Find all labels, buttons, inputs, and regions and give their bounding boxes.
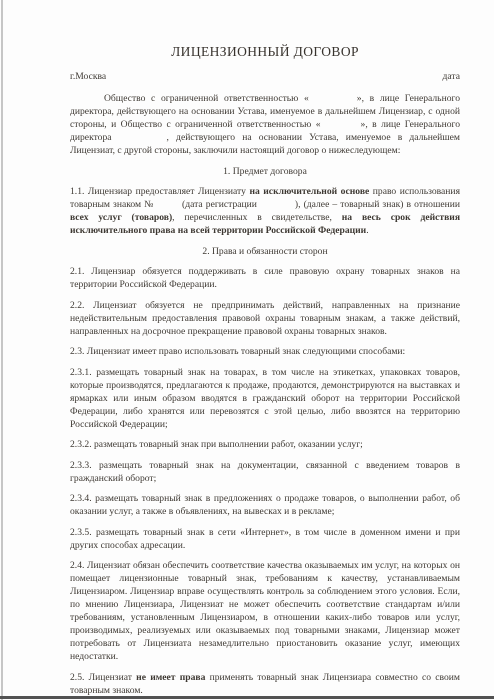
blank-fill-space (154, 206, 182, 207)
text-run: 1.1. Лицензиар предоставляет Лицензиату (70, 186, 249, 197)
text-run: Общество с ограниченной ответственностью… (104, 93, 309, 104)
text-run: на исключительной основе (249, 186, 369, 197)
blank-fill-space (257, 206, 295, 207)
meta-row: г.Москва дата (70, 70, 460, 83)
blank-fill-space (112, 139, 167, 140)
text-run: 2.3.5. размещать товарный знак в сети «И… (70, 527, 460, 551)
clause-paragraph: 1.1. Лицензиар предоставляет Лицензиату … (70, 185, 460, 237)
clause-paragraph: 2.3.2. размещать товарный знак при выпол… (70, 438, 460, 451)
text-run: 2.3. Лицензиат имеет право использовать … (70, 346, 405, 357)
document-content: ЛИЦЕНЗИОННЫЙ ДОГОВОР г.Москва дата Общес… (70, 44, 460, 700)
clause-paragraph: 2.2. Лицензиат обязуется не предпринимат… (70, 299, 460, 338)
text-run: 2.5. Лицензиат (70, 672, 136, 683)
clause-paragraph: 2.3.5. размещать товарный знак в сети «И… (70, 526, 460, 552)
text-run: 2. Права и обязанности сторон (202, 246, 327, 257)
clause-paragraph: 2.1. Лицензиар обязуется поддерживать в … (70, 265, 460, 291)
text-run: 2.1. Лицензиар обязуется поддерживать в … (70, 266, 460, 290)
blank-fill-space (321, 126, 361, 127)
page-left-edge-line (1, 0, 3, 700)
document-body: Общество с ограниченной ответственностью… (70, 92, 460, 697)
clause-paragraph: 2.3.3. размещать товарный знак на докуме… (70, 459, 460, 485)
text-run: ), (далее – товарный знак) в отношении (295, 199, 460, 210)
clause-paragraph: Общество с ограниченной ответственностью… (70, 92, 460, 157)
text-run: 2.3.4. размещать товарный знак в предлож… (70, 493, 460, 517)
text-run: . (366, 225, 368, 236)
text-run: 1. Предмет договора (223, 166, 307, 177)
text-run: всех услуг (товаров) (70, 212, 172, 223)
text-run: 2.3.2. размещать товарный знак при выпол… (70, 439, 363, 450)
text-run: 2.3.3. размещать товарный знак на докуме… (70, 460, 460, 484)
date-label: дата (443, 70, 460, 83)
document-title: ЛИЦЕНЗИОННЫЙ ДОГОВОР (70, 44, 460, 60)
clause-paragraph: 2.4. Лицензиат обязан обеспечить соответ… (70, 559, 460, 663)
section-heading: 2. Права и обязанности сторон (70, 245, 460, 258)
blank-fill-space (309, 100, 357, 101)
clause-paragraph: 2.3. Лицензиат имеет право использовать … (70, 345, 460, 358)
text-run: 2.4. Лицензиат обязан обеспечить соответ… (70, 560, 460, 662)
text-run: не имеет права (136, 672, 205, 683)
text-run: 2.3.1. размещать товарный знак на товара… (70, 367, 460, 430)
clause-paragraph: 2.3.1. размещать товарный знак на товара… (70, 366, 460, 431)
text-run: 2.2. Лицензиат обязуется не предпринимат… (70, 300, 460, 337)
text-run: , действующего на основании Устава, имен… (70, 132, 460, 156)
text-run: (дата регистрации (182, 199, 257, 210)
clause-paragraph: 2.5. Лицензиат не имеет права применять … (70, 671, 460, 697)
text-run: , перечисленных в свидетельстве, (172, 212, 342, 223)
section-heading: 1. Предмет договора (70, 165, 460, 178)
clause-paragraph: 2.3.4. размещать товарный знак в предлож… (70, 492, 460, 518)
city-label: г.Москва (70, 70, 106, 83)
